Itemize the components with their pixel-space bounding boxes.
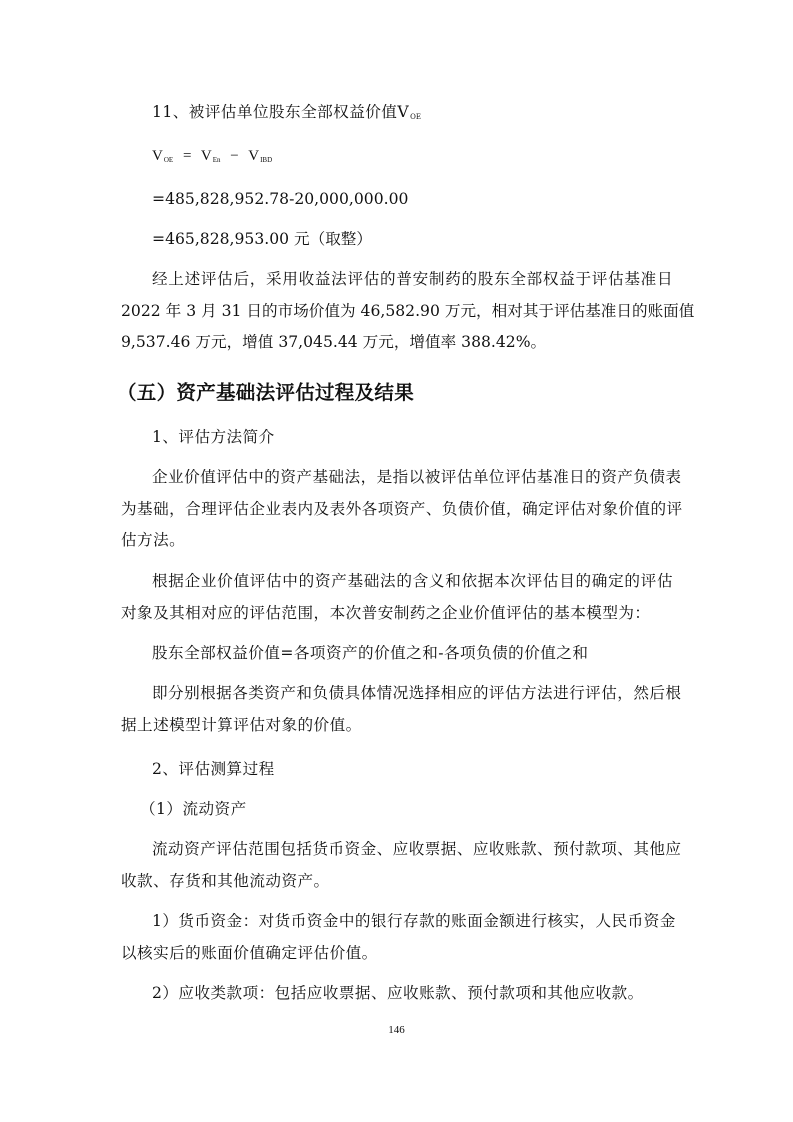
model-formula: 股东全部权益价值=各项资产的价值之和-各项负债的价值之和 xyxy=(152,643,673,663)
para5-line-2: 以核实后的账面价值确定评估价值。 xyxy=(121,943,673,963)
formula-minus: − xyxy=(230,148,238,164)
page-number: 146 xyxy=(0,1024,793,1036)
para3-line-2: 据上述模型计算评估对象的价值。 xyxy=(121,715,673,735)
section-11-title-text: 11、被评估单位股东全部权益价值V xyxy=(152,103,409,121)
subsection-2-title: 2、评估测算过程 xyxy=(152,759,673,779)
para1-line-1: 企业价值评估中的资产基础法，是指以被评估单位评估基准日的资产负债表 xyxy=(152,467,673,487)
para1-line-3: 估方法。 xyxy=(121,530,673,550)
valuation-formula: VOE = VEn − VIBD xyxy=(152,146,673,170)
formula-term1: V xyxy=(201,148,212,164)
formula-term2-sub: IBD xyxy=(260,156,272,164)
conclusion-line-3: 9,537.46 万元，增值 37,045.44 万元，增值率 388.42%。 xyxy=(121,332,673,352)
section-11-title: 11、被评估单位股东全部权益价值VOE xyxy=(152,102,673,127)
conclusion-line-2: 2022 年 3 月 31 日的市场价值为 46,582.90 万元，相对其于评… xyxy=(121,301,673,321)
document-page: 11、被评估单位股东全部权益价值VOE VOE = VEn − VIBD =48… xyxy=(0,0,793,1122)
para4-line-2: 收款、存货和其他流动资产。 xyxy=(121,871,673,891)
subsection-1-title: 1、评估方法简介 xyxy=(152,427,673,447)
calc-line-2: =465,828,953.00 元（取整） xyxy=(152,229,673,249)
formula-term1-sub: En xyxy=(213,156,221,164)
section-11-title-subscript: OE xyxy=(410,113,421,121)
para4-line-1: 流动资产评估范围包括货币资金、应收票据、应收账款、预付款项、其他应 xyxy=(152,839,673,859)
formula-lhs-sub: OE xyxy=(164,156,173,164)
conclusion-line-1: 经上述评估后，采用收益法评估的普安制药的股东全部权益于评估基准日 xyxy=(152,269,673,289)
subsection-2-1-title: （1）流动资产 xyxy=(140,799,692,819)
para6: 2）应收类款项：包括应收票据、应收账款、预付款项和其他应收款。 xyxy=(152,983,673,1003)
formula-equals: = xyxy=(183,148,191,164)
para5-line-1: 1）货币资金：对货币资金中的银行存款的账面金额进行核实，人民币资金 xyxy=(152,911,673,931)
para2-line-2: 对象及其相对应的评估范围，本次普安制药之企业价值评估的基本模型为： xyxy=(121,603,673,623)
formula-lhs: V xyxy=(152,148,163,164)
formula-term2: V xyxy=(248,148,259,164)
para2-line-1: 根据企业价值评估中的资产基础法的含义和依据本次评估目的确定的评估 xyxy=(152,571,673,591)
section-heading: （五）资产基础法评估过程及结果 xyxy=(117,381,414,405)
para3-line-1: 即分别根据各类资产和负债具体情况选择相应的评估方法进行评估，然后根 xyxy=(152,683,673,703)
calc-line-1: =485,828,952.78-20,000,000.00 xyxy=(152,189,673,209)
para1-line-2: 为基础，合理评估企业表内及表外各项资产、负债价值，确定评估对象价值的评 xyxy=(121,499,673,519)
